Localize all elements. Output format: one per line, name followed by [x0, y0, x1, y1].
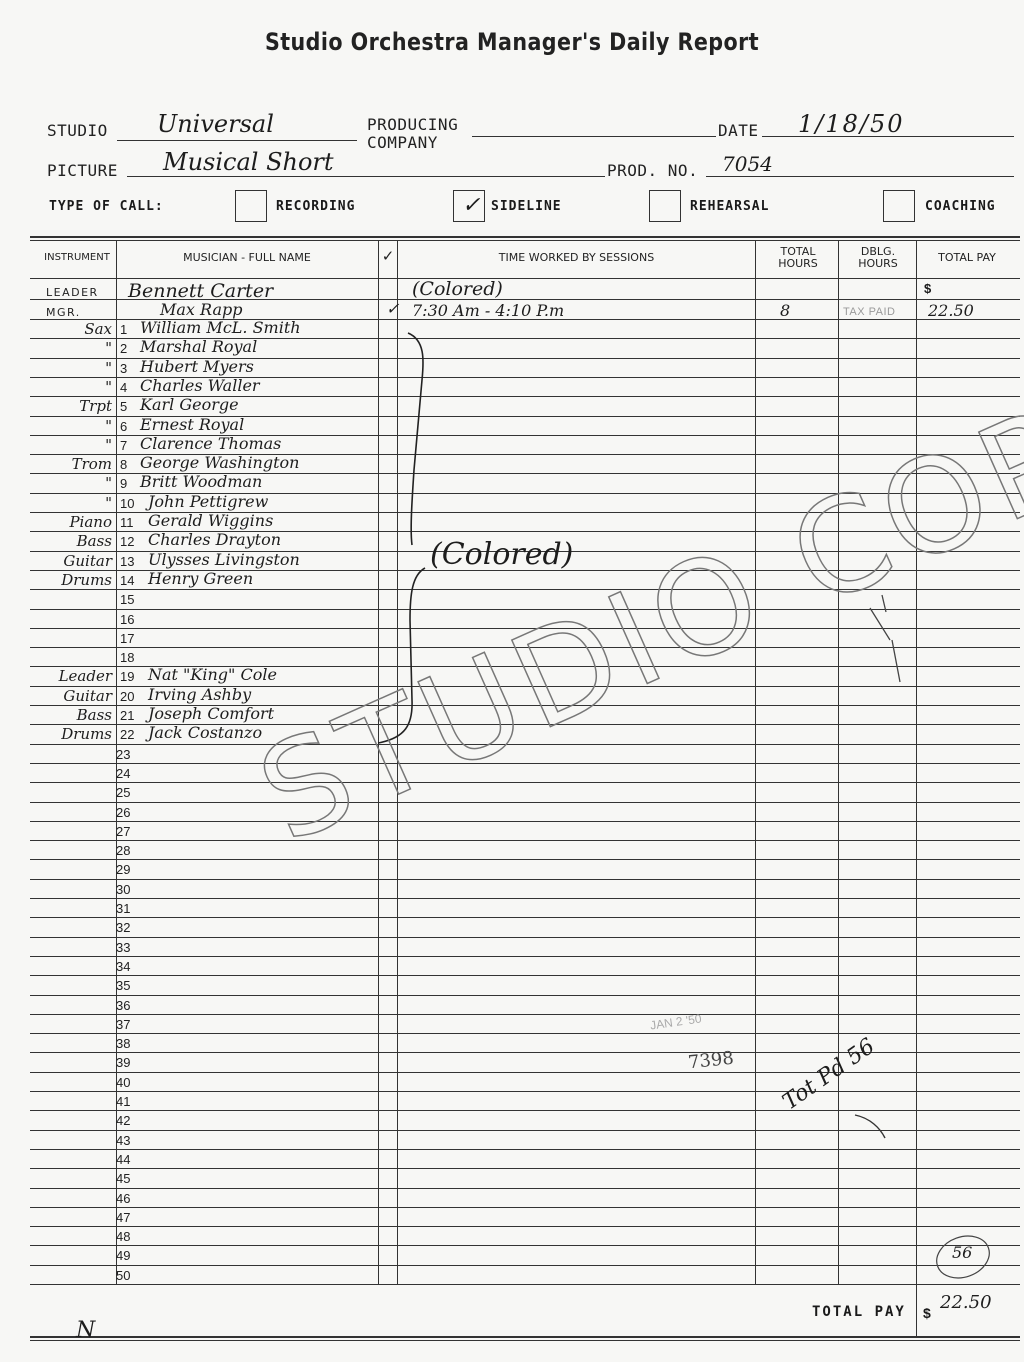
circled-note: 56: [952, 1243, 972, 1262]
group-note: (Colored): [430, 537, 573, 572]
initials: N: [76, 1318, 95, 1343]
total-pay-value: 22.50: [940, 1292, 992, 1313]
total-pay-label: TOTAL PAY: [812, 1304, 906, 1320]
total-pay-currency: $: [923, 1305, 931, 1321]
